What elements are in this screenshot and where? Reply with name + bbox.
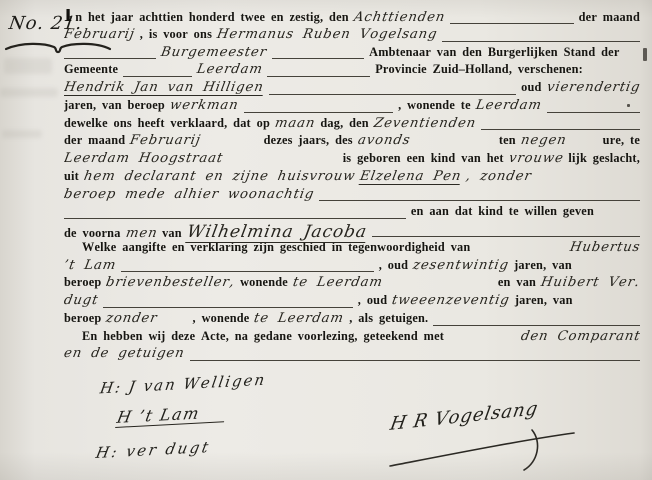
act-line: GemeenteLeerdamProvincie Zuid–Holland, v… xyxy=(64,62,640,80)
handwritten-text: Hendrik Jan van Hilligen xyxy=(64,80,265,96)
blank-rule xyxy=(64,58,156,59)
handwritten-text: zesentwintig xyxy=(412,258,511,273)
printed-text: der maand xyxy=(64,133,125,148)
signature-declarant: H: J van Welligen xyxy=(99,371,268,398)
handwritten-text: en de getuigen xyxy=(64,346,186,361)
handwritten-text: Elzelena Pen xyxy=(359,169,463,185)
handwritten-text: men xyxy=(124,226,158,241)
handwritten-text: avonds xyxy=(356,133,411,148)
act-line: BurgemeesterAmbtenaar van den Burgerlijk… xyxy=(64,45,640,63)
printed-text: , wonende te xyxy=(398,98,471,113)
handwritten-text: den Comparant xyxy=(519,329,640,344)
printed-text: beroep xyxy=(64,275,101,290)
act-line: Hendrik Jan van Hilligenoudvierendertig xyxy=(64,80,640,98)
signature-witness-verdugt: H: ver dugt xyxy=(94,438,212,462)
printed-text: n het jaar achttien honderd twee en zest… xyxy=(75,10,349,25)
blank-rule xyxy=(433,325,640,326)
act-line: en de getuigen xyxy=(64,346,640,364)
blank-rule xyxy=(244,112,394,113)
signature-witness-tlam: H ’t Lam xyxy=(115,402,228,428)
printed-text: der maand xyxy=(579,10,640,25)
printed-text: en van xyxy=(498,275,536,290)
act-text-block: In het jaar achttien honderd twee en zes… xyxy=(64,9,640,364)
printed-text: ure, te xyxy=(603,133,640,148)
blank-rule xyxy=(372,236,640,237)
bleedthrough-mark xyxy=(2,130,42,138)
printed-text: ten xyxy=(499,133,516,148)
blank-rule xyxy=(64,218,406,219)
printed-text: oud xyxy=(521,80,541,95)
bleedthrough-mark xyxy=(0,88,58,97)
handwritten-text: Leerdam Hoogstraat xyxy=(64,151,224,166)
act-line: dewelke ons heeft verklaard, dat opmaand… xyxy=(64,116,640,134)
act-line: En hebben wij deze Acte, na gedane voorl… xyxy=(64,329,640,347)
handwritten-text: Wilhelmina Jacoba xyxy=(185,222,369,243)
blank-rule xyxy=(319,200,640,201)
blank-rule xyxy=(269,94,517,95)
handwritten-text: werkman xyxy=(169,98,240,113)
printed-text: jaren, van xyxy=(515,293,573,308)
handwritten-text: vierendertig xyxy=(545,80,640,95)
handwritten-text: Leerdam xyxy=(195,62,263,77)
printed-text: En hebben wij deze Acte, na gedane voorl… xyxy=(82,329,444,344)
blank-rule xyxy=(121,271,374,272)
handwritten-text: beroep mede alhier woonachtig xyxy=(64,187,316,202)
blank-rule xyxy=(547,112,640,113)
printed-text: wonende xyxy=(240,275,288,290)
handwritten-text: te Leerdam xyxy=(253,311,345,326)
printed-text: van xyxy=(162,226,182,241)
printed-text: Gemeente xyxy=(64,62,118,77)
printed-text: is geboren een kind van het xyxy=(343,151,504,166)
printed-text: I xyxy=(64,9,72,19)
act-line: dugt, oudtweeenzeventigjaren, van xyxy=(64,293,640,311)
blank-rule xyxy=(481,129,640,130)
blank-rule xyxy=(442,41,640,42)
handwritten-text: negen xyxy=(520,133,568,148)
handwritten-text: Februarij xyxy=(129,133,202,148)
handwritten-text: Hubertus xyxy=(568,240,640,255)
handwritten-text: zonder xyxy=(105,311,159,326)
printed-text: , is voor ons xyxy=(140,27,212,42)
printed-text: , oud xyxy=(358,293,387,308)
handwritten-text: Burgemeester xyxy=(160,45,268,60)
act-line: ’t Lam, oudzesentwintigjaren, van xyxy=(64,258,640,276)
blank-rule xyxy=(190,360,640,361)
printed-text: jaren, van beroep xyxy=(64,98,165,113)
act-line: beroep mede alhier woonachtig xyxy=(64,187,640,205)
blank-rule xyxy=(450,23,574,24)
act-line: jaren, van beroepwerkman, wonende teLeer… xyxy=(64,98,640,116)
handwritten-text: , zonder xyxy=(465,169,533,184)
handwritten-text: brievenbesteller, xyxy=(105,275,236,290)
printed-text: jaren, van xyxy=(514,258,572,273)
printed-text: dag, den xyxy=(320,116,369,131)
handwritten-text: Zeventienden xyxy=(373,116,478,131)
handwritten-text: vrouwe xyxy=(507,151,564,166)
act-line: de voornamenvanWilhelmina Jacoba xyxy=(64,222,640,240)
handwritten-text: tweeenzeventig xyxy=(391,293,511,308)
printed-text: beroep xyxy=(64,311,101,326)
blank-rule xyxy=(267,76,370,77)
printed-text: Provincie Zuid–Holland, verschenen: xyxy=(375,62,583,77)
handwritten-text: te Leerdam xyxy=(292,275,384,290)
printed-text: Ambtenaar van den Burgerlijken Stand der xyxy=(369,45,619,60)
birth-certificate-scan: No. 21. In het jaar achttien honderd twe… xyxy=(0,0,652,480)
handwritten-text: Hermanus Ruben Vogelsang xyxy=(216,27,439,42)
act-line: beroepzonder, wonendete Leerdam, als get… xyxy=(64,311,640,329)
printed-text: uit xyxy=(64,169,79,184)
printed-text: dezes jaars, des xyxy=(264,133,353,148)
printed-text: , oud xyxy=(379,258,408,273)
act-line: Leerdam Hoogstraatis geboren een kind va… xyxy=(64,151,640,169)
blank-rule xyxy=(123,76,191,77)
printed-text: lijk geslacht, xyxy=(568,151,640,166)
act-line: In het jaar achttien honderd twee en zes… xyxy=(64,9,640,27)
bleedthrough-mark xyxy=(4,58,52,74)
handwritten-text: hem declarant en zijne huisvrouw xyxy=(83,169,357,184)
act-line: Februarij, is voor onsHermanus Ruben Vog… xyxy=(64,27,640,45)
printed-text: de voorna xyxy=(64,226,121,241)
blank-rule xyxy=(103,307,353,308)
act-line: beroepbrievenbesteller,wonendete Leerdam… xyxy=(64,275,640,293)
signature-registrar: H R Vogelsang xyxy=(389,398,541,435)
handwritten-text: Achttienden xyxy=(352,10,446,25)
handwritten-text: maan xyxy=(274,116,317,131)
printed-text: , als getuigen. xyxy=(349,311,428,326)
handwritten-text: Leerdam xyxy=(474,98,542,113)
printed-text: , wonende xyxy=(193,311,250,326)
printed-text: dewelke ons heeft verklaard, dat op xyxy=(64,116,270,131)
act-line: uithem declarant en zijne huisvrouwElzel… xyxy=(64,169,640,187)
handwritten-text: dugt xyxy=(64,293,100,308)
act-line: der maandFebruarijdezes jaars, desavonds… xyxy=(64,133,640,151)
handwritten-text: ’t Lam xyxy=(64,258,118,273)
printed-text: en aan dat kind te willen geven xyxy=(411,204,594,219)
blank-rule xyxy=(272,58,364,59)
handwritten-text: Februarij xyxy=(64,27,136,42)
registrar-signature-flourish xyxy=(382,428,592,474)
ink-speck xyxy=(643,48,647,61)
act-line: en aan dat kind te willen geven xyxy=(64,204,640,222)
handwritten-text: Huibert Ver. xyxy=(540,275,640,290)
